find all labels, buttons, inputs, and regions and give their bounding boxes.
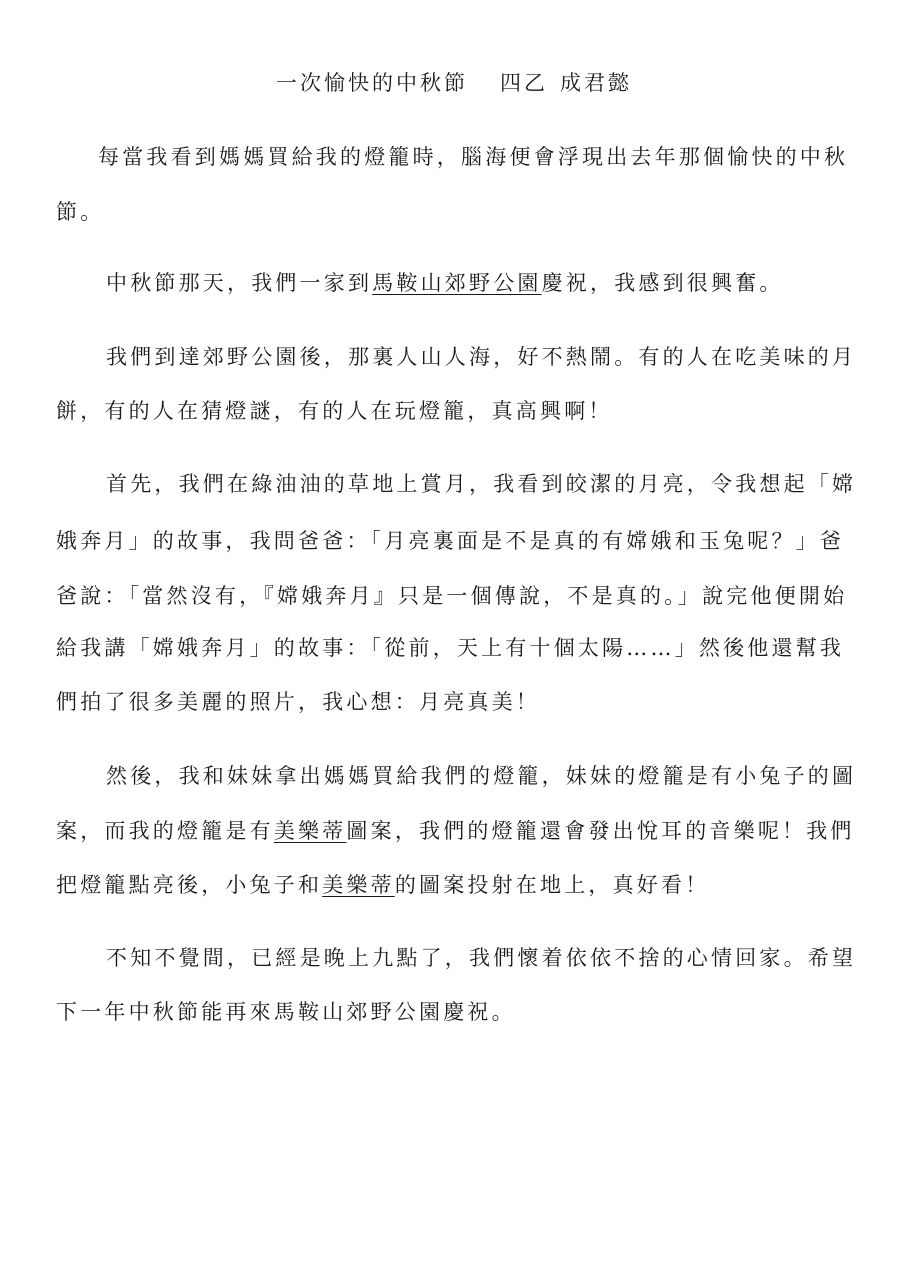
paragraph-4-line-4: 給我講「嫦娥奔月」的故事：「從前，天上有十個太陽……」然後他還幫我 [56,634,844,662]
underlined-name: 美樂蒂 [274,819,347,843]
text-segment: 慶祝，我感到很興奮。 [542,271,784,295]
paragraph-6-line-2: 下一年中秋節能再來馬鞍山郊野公園慶祝。 [56,998,516,1026]
text-segment: 的圖案投射在地上，真好看！ [395,873,710,897]
text-segment: 中秋節那天，我們一家到 [106,271,372,295]
paragraph-4-line-1: 首先，我們在綠油油的草地上賞月，我看到皎潔的月亮，令我想起「嫦 [106,470,856,498]
paragraph-5-line-1: 然後，我和妹妹拿出媽媽買給我們的燈籠，妹妹的燈籠是有小兔子的圖 [106,762,856,790]
text-segment: 圖案，我們的燈籠還會發出悅耳的音樂呢！我們 [346,819,854,843]
document-title-line: 一次愉快的中秋節四乙成君懿 [276,69,632,97]
paragraph-6-line-1: 不知不覺間，已經是晚上九點了，我們懷着依依不捨的心情回家。希望 [106,944,856,972]
text-segment: 把燈籠點亮後，小兔子和 [56,873,322,897]
paragraph-5-line-3: 把燈籠點亮後，小兔子和美樂蒂的圖案投射在地上，真好看！ [56,871,709,899]
document-title: 一次愉快的中秋節 [276,71,468,95]
paragraph-4-line-3: 爸說：「當然沒有，『嫦娥奔月』只是一個傳說，不是真的。」說完他便開始 [56,582,847,610]
paragraph-3-line-1: 我們到達郊野公園後，那裏人山人海，好不熱鬧。有的人在吃美味的月 [106,343,856,371]
text-segment: 案，而我的燈籠是有 [56,819,274,843]
paragraph-1-line-2: 節。 [56,198,104,226]
paragraph-4-line-2: 娥奔月」的故事，我問爸爸：「月亮裏面是不是真的有嫦娥和玉兔呢？」爸 [56,527,844,555]
paragraph-1-line-1: 每當我看到媽媽買給我的燈籠時，腦海便會浮現出去年那個愉快的中秋 [98,143,848,171]
underlined-name: 美樂蒂 [322,873,395,897]
paragraph-4-line-5: 們拍了很多美麗的照片，我心想：月亮真美！ [56,688,540,716]
underlined-place-name: 馬鞍山郊野公園 [372,271,541,295]
paragraph-2-line-1: 中秋節那天，我們一家到馬鞍山郊野公園慶祝，我感到很興奮。 [106,269,784,297]
paragraph-3-line-2: 餅，有的人在猜燈謎，有的人在玩燈籠，真高興啊！ [56,397,613,425]
paragraph-5-line-2: 案，而我的燈籠是有美樂蒂圖案，我們的燈籠還會發出悅耳的音樂呢！我們 [56,817,855,845]
class-label: 四乙 [500,71,548,95]
author-name: 成君懿 [560,71,632,95]
